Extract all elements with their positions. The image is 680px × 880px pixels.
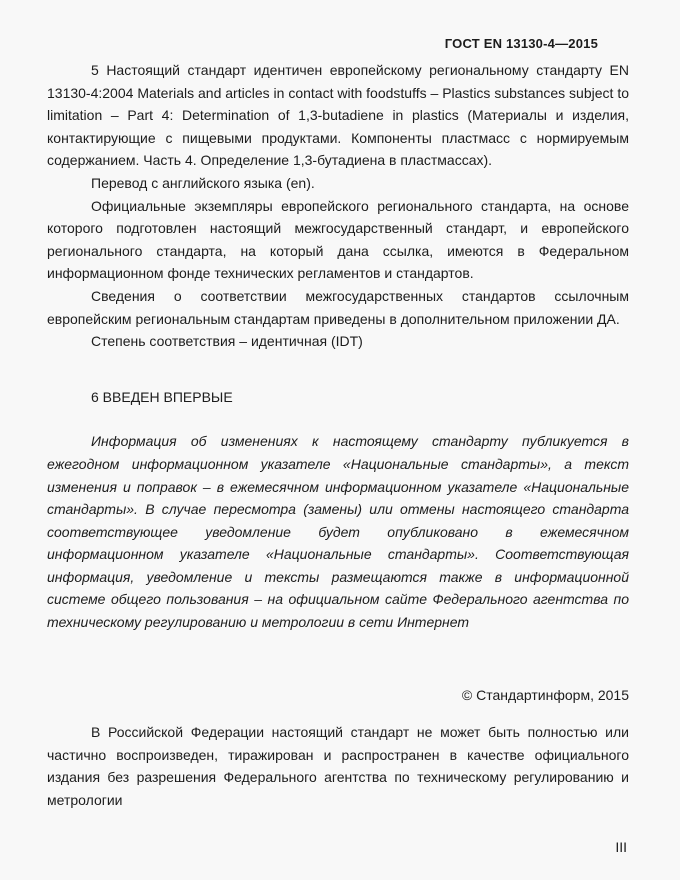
foreword-paragraph-degree-of-conformity: Степень соответствия – идентичная (IDT) xyxy=(47,330,629,353)
foreword-paragraph-correspondence-info: Сведения о соответствии межгосударственн… xyxy=(47,285,629,330)
doc-designation-header: ГОСТ EN 13130-4—2015 xyxy=(47,36,629,52)
foreword-paragraph-translation: Перевод с английского языка (en). xyxy=(47,172,629,195)
gost-document-page: ГОСТ EN 13130-4—2015 5 Настоящий стандар… xyxy=(0,0,680,880)
foreword-paragraph-identity: 5 Настоящий стандарт идентичен европейск… xyxy=(47,59,629,172)
copyright-line: © Стандартинформ, 2015 xyxy=(47,684,629,707)
page-number: III xyxy=(47,836,629,859)
page-content: ГОСТ EN 13130-4—2015 5 Настоящий стандар… xyxy=(47,0,629,858)
reproduction-restriction-notice: В Российской Федерации настоящий стандар… xyxy=(47,721,629,811)
foreword-paragraph-official-copies: Официальные экземпляры европейского реги… xyxy=(47,195,629,285)
amendment-info-note: Информация об изменениях к настоящему ст… xyxy=(47,430,629,633)
section-heading-introduced-first-time: 6 ВВЕДЕН ВПЕРВЫЕ xyxy=(47,386,629,409)
